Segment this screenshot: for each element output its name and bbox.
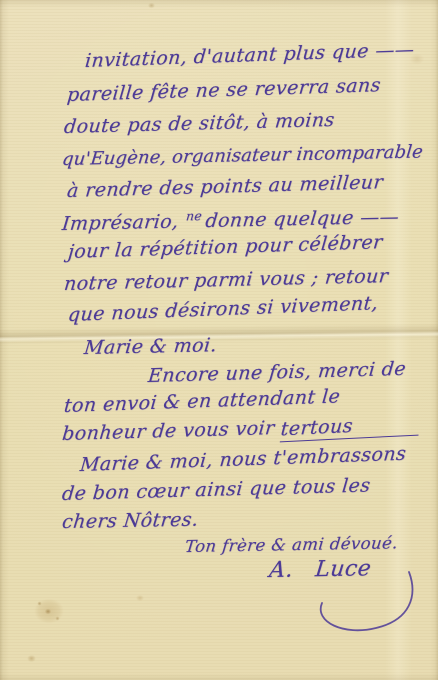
foxing-stain — [30, 595, 68, 627]
signature: A. Luce — [268, 556, 372, 583]
paper-fold-crease — [0, 323, 438, 344]
letter-line: doute pas de sitôt, à moins — [63, 109, 336, 138]
letter-line: Encore une fois, merci de — [147, 358, 407, 387]
inserted-word: ne — [185, 208, 202, 223]
foxing-stain — [37, 601, 42, 606]
letter-line-text: donne quelque —— — [204, 206, 400, 232]
letter-line: invitation, d'autant plus que —— — [84, 39, 415, 72]
letter-line-text: Imprésario, — [61, 211, 180, 235]
letter-line-text: bonheur de vous voir — [61, 417, 275, 445]
letter-line: Marie & moi, nous t'embrassons — [79, 443, 407, 476]
letter-line: qu'Eugène, organisateur incomparable — [61, 141, 424, 170]
letter-line: de bon cœur ainsi que tous les — [61, 474, 372, 505]
letter-line: Marie & moi. — [83, 334, 218, 359]
underlined-word: tertous — [280, 412, 420, 443]
letter-line: ton envoi & en attendant le — [63, 385, 341, 417]
foxing-stain — [147, 2, 156, 9]
scanned-letter-page: invitation, d'autant plus que —— pareill… — [0, 0, 438, 680]
letter-line: pareille fête ne se reverra sans — [66, 74, 382, 106]
letter-line: chers Nôtres. — [61, 509, 200, 533]
letter-line: bonheur de vous voir tertous — [61, 413, 420, 447]
foxing-stain — [26, 654, 37, 663]
letter-line: Imprésario,nedonne quelque —— — [61, 204, 400, 235]
letter-line: à rendre des points au meilleur — [66, 171, 384, 202]
letter-line: que nous désirons si vivement, — [67, 292, 379, 326]
closing-line: Ton frère & ami dévoué. — [184, 533, 399, 556]
letter-line: jour la répétition pour célébrer — [67, 231, 384, 263]
foxing-stain — [44, 608, 52, 615]
letter-line: notre retour parmi vous ; retour — [63, 265, 389, 295]
foxing-stain — [55, 616, 60, 621]
foxing-stain — [135, 594, 145, 602]
